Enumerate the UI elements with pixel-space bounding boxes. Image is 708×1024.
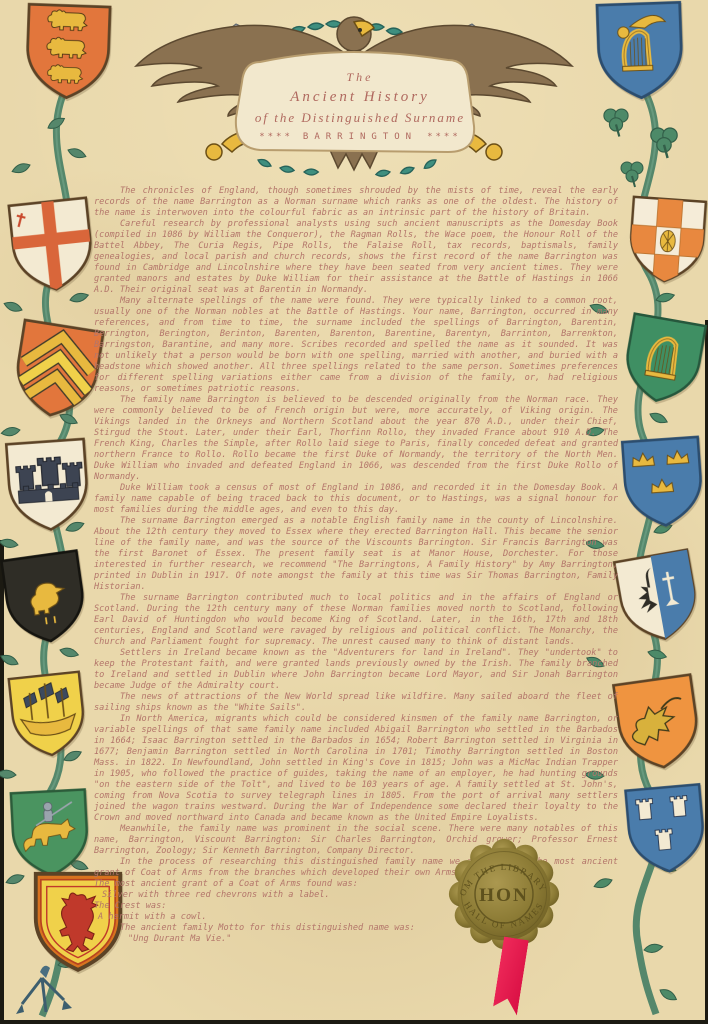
shield-ireland-maid-harp: [591, 0, 689, 105]
paragraph: The surname Barrington contributed much …: [94, 593, 618, 648]
paragraph: Duke William took a census of most of En…: [94, 483, 618, 516]
paragraph: Settlers in Ireland became known as the …: [94, 648, 618, 692]
title-line-surname: of the Distinguished Surname: [255, 110, 465, 126]
title-line-the: The: [347, 70, 374, 85]
paragraph: The family name Barrington is believed t…: [94, 395, 618, 483]
shield-dublin-three-castles: [620, 781, 708, 880]
document-title: The Ancient History of the Distinguished…: [240, 58, 480, 153]
shield-london-cross-dagger: [3, 194, 101, 299]
stars-right: ****: [427, 132, 461, 142]
shield-checky-garb: [623, 193, 708, 289]
stars-left: ****: [259, 132, 293, 142]
paragraph: In North America, migrants which could b…: [94, 714, 618, 824]
history-text: The chronicles of England, though someti…: [94, 186, 618, 945]
title-line-ancient-history: Ancient History: [290, 89, 430, 106]
paragraph: The chronicles of England, though someti…: [94, 186, 618, 219]
shield-ship-on-gold: [4, 668, 93, 764]
shield-leinster-harp: [615, 310, 708, 413]
paragraph: The news of attractions of the New World…: [94, 692, 618, 714]
parchment-document: The Ancient History of the Distinguished…: [0, 0, 708, 1024]
gold-library-seal: FROM THE LIBRARY OF HALL OF NAMES HON: [446, 836, 562, 952]
shield-england-three-lions: [20, 0, 115, 104]
title-name-row: **** BARRINGTON ****: [259, 132, 461, 142]
shield-castle-on-white: [1, 435, 96, 538]
surname-text: BARRINGTON: [303, 132, 417, 142]
paragraph: The surname Barrington emerged as a nota…: [94, 516, 618, 593]
shield-connacht-eagle-arm: [609, 545, 708, 651]
paragraph: Careful research by professional analyst…: [94, 219, 618, 296]
shield-knight-on-green: [6, 786, 95, 883]
shield-dragon-on-orange: [608, 670, 708, 778]
shield-gold-raven-on-black: [0, 546, 94, 652]
shield-munster-three-crowns: [617, 433, 708, 533]
paragraph: Many alternate spellings of the name wer…: [94, 296, 618, 395]
seal-monogram: HON: [479, 885, 529, 906]
